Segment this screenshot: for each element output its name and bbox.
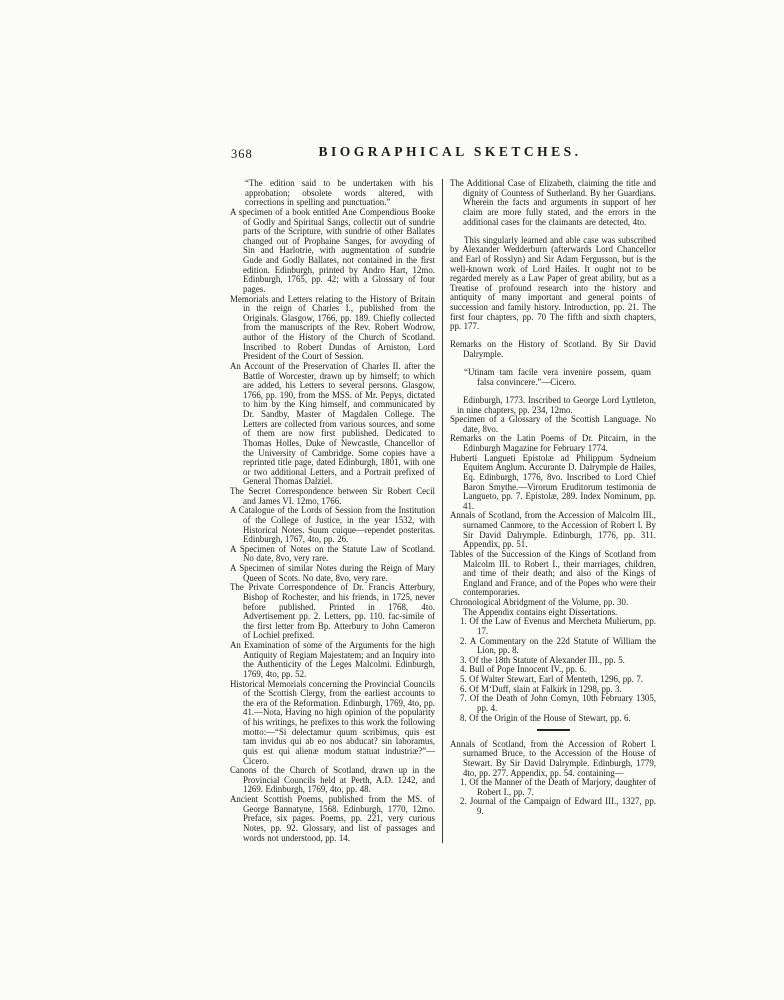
bibliography-entry: 8. Of the Origin of the House of Stewart… [450,714,656,724]
bibliography-entry: A Specimen of similar Notes during the R… [230,564,435,583]
text-columns: “The edition said to be undertaken with … [230,179,656,843]
book-page: 368 BIOGRAPHICAL SKETCHES. “The edition … [0,0,784,1000]
bibliography-entry: A Catalogue of the Lords of Session from… [230,506,435,545]
bibliography-entry: Historical Memorials concerning the Prov… [230,680,435,767]
bibliography-entry: Memorials and Letters relating to the Hi… [230,295,435,362]
bibliography-entry: Tables of the Succession of the Kings of… [450,550,656,598]
bibliography-entry: The Private Correspondence of Dr. Franci… [230,583,435,641]
bibliography-entry: A Specimen of Notes on the Statute Law o… [230,545,435,564]
bibliography-entry: 2. Journal of the Campaign of Edward III… [450,797,656,816]
bibliography-entry: An Examination of some of the Arguments … [230,641,435,680]
bibliography-entry: “Utinam tam facile vera invenire possem,… [450,368,656,387]
bibliography-entry: “The edition said to be undertaken with … [230,179,435,208]
running-title: BIOGRAPHICAL SKETCHES. [230,144,670,160]
right-column: The Additional Case of Elizabeth, claimi… [443,179,656,843]
bibliography-entry: 1. Of the Manner of the Death of Marjory… [450,778,656,797]
bibliography-entry: Canons of the Church of Scotland, drawn … [230,766,435,795]
bibliography-entry: 7. Of the Death of John Comyn, 10th Febr… [450,694,656,713]
bibliography-entry: Huberti Langueti Epistolæ ad Philippum S… [450,454,656,512]
bibliography-entry: 1. Of the Law of Evenus and Mercheta Mul… [450,617,656,636]
bibliography-entry: The Secret Correspondence between Sir Ro… [230,487,435,506]
bibliography-entry: Specimen of a Glossary of the Scottish L… [450,415,656,434]
section-divider-rule [537,729,570,731]
bibliography-entry: The Additional Case of Elizabeth, claimi… [450,179,656,227]
bibliography-entry: Remarks on the History of Scotland. By S… [450,340,656,359]
page-header: 368 BIOGRAPHICAL SKETCHES. [230,144,656,164]
bibliography-entry: Edinburgh, 1773. Inscribed to George Lor… [450,396,656,415]
bibliography-entry: 2. A Commentary on the 22d Statute of Wi… [450,637,656,656]
bibliography-entry: An Account of the Preservation of Charle… [230,362,435,487]
bibliography-entry: Annals of Scotland, from the Accession o… [450,740,656,779]
bibliography-entry: A specimen of a book entitled Ane Compen… [230,208,435,295]
bibliography-entry: This singularly learned and able case wa… [450,236,656,332]
bibliography-entry: Remarks on the Latin Poems of Dr. Pitcai… [450,434,656,453]
bibliography-entry: Annals of Scotland, from the Accession o… [450,511,656,550]
left-column: “The edition said to be undertaken with … [230,179,443,843]
bibliography-entry: Ancient Scottish Poems, published from t… [230,795,435,843]
